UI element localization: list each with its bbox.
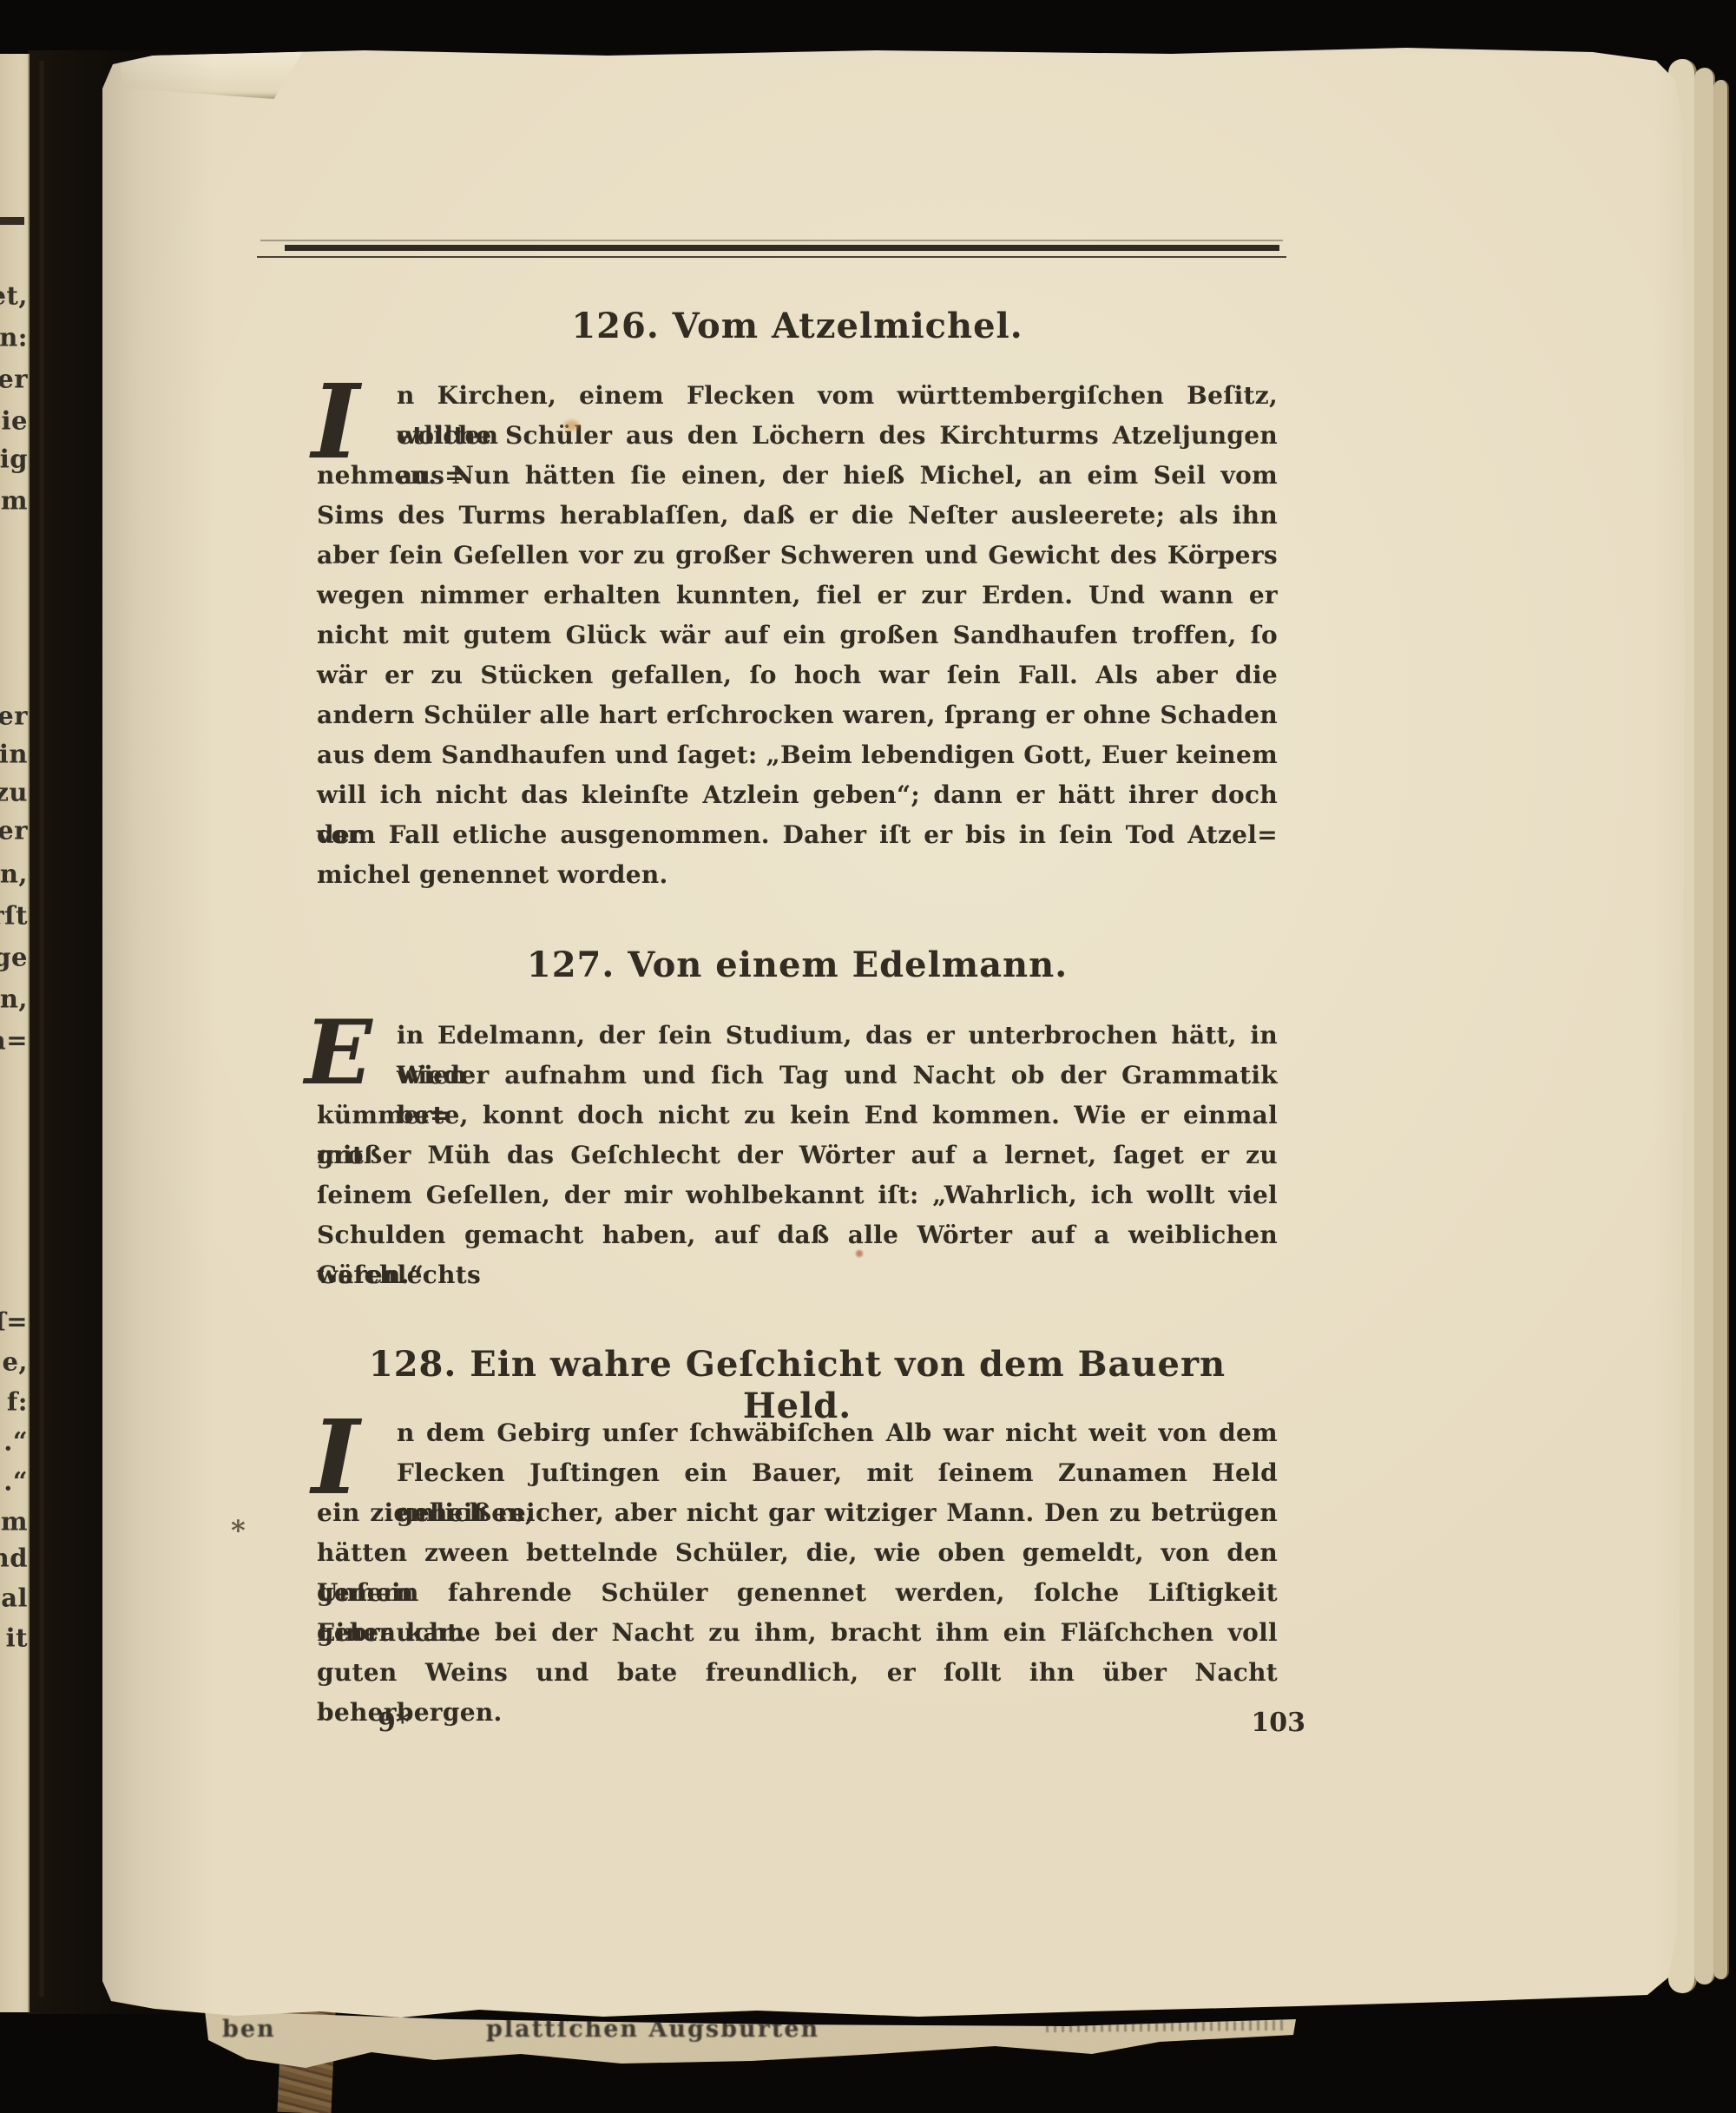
body-line: kümmerte, konnt doch nicht zu kein End k… [317, 1096, 1278, 1135]
body-line: Flecken Juſtingen ein Bauer, mit ſeinem … [397, 1453, 1278, 1493]
body-line: michel genennet worden. [317, 855, 1278, 895]
slip-fragment: plattſchen Augsburten [486, 2016, 819, 2043]
body-line: etliche Schüler aus den Löchern des Kirc… [397, 416, 1278, 456]
body-line: will ich nicht das kleinſte Atzlein gebe… [317, 775, 1278, 815]
body-line: nicht mit gutem Glück wär auf ein großen… [317, 615, 1278, 655]
body-line: nehmen. Nun hätten ſie einen, der hieß M… [317, 456, 1278, 496]
edge-fragment: er [0, 364, 28, 393]
story-heading-127: 127. Von einem Edelmann. [317, 945, 1278, 986]
edge-fragment: al [1, 1583, 28, 1612]
edge-fragment: er [0, 815, 28, 845]
body-line: aus dem Sandhaufen und ſaget: „Beim lebe… [317, 735, 1278, 775]
body-line: andern Schüler alle hart erſchrocken war… [317, 695, 1278, 735]
edge-fragment: n, [0, 984, 28, 1013]
fore-edge-page-3 [1713, 80, 1729, 1979]
head-rule-thick [285, 245, 1279, 251]
head-rule-thin-bottom [257, 256, 1286, 258]
edge-fragment: zu [0, 777, 28, 806]
facing-page-fragments: et,n:erieigmerinzuern,rſtgen,h=eſ=e,f:.“… [0, 0, 30, 2113]
edge-fragment: ge [0, 942, 28, 971]
head-rule-thin-top [260, 240, 1283, 241]
edge-fragment: eſ= [0, 1307, 28, 1336]
edge-fragment: in [0, 739, 28, 768]
slip-fragment: ben [222, 2016, 276, 2043]
edge-fragment: .“ [3, 1466, 28, 1496]
edge-fragment: h= [0, 1025, 28, 1055]
body-line: in Edelmann, der ſein Studium, das er un… [397, 1016, 1278, 1056]
edge-fragment: m [1, 485, 28, 515]
edge-fragment: n: [0, 322, 28, 352]
body-line: gemein fahrende Schüler genennet werden,… [317, 1573, 1278, 1613]
body-line: n Kirchen, einem Flecken vom württemberg… [397, 376, 1278, 416]
edge-fragment: rſt [0, 900, 28, 930]
signature-mark: 9* [378, 1703, 410, 1743]
edge-fragment: it [6, 1623, 28, 1652]
body-line: dem Fall etliche ausgenommen. Daher iſt … [317, 815, 1278, 855]
body-line: wegen nimmer erhalten kunnten, fiel er z… [317, 576, 1278, 615]
body-line: aber ſein Geſellen vor zu großer Schwere… [317, 536, 1278, 576]
slip-cut-text-texture [1046, 2020, 1285, 2032]
book-page-photo: et,n:erieigmerinzuern,rſtgen,h=eſ=e,f:.“… [0, 0, 1736, 2113]
story-paragraph-128: I n dem Gebirg unſer ſchwäbiſchen Alb wa… [317, 1413, 1278, 1693]
main-page: 126. Vom Atzelmichel. I n Kirchen, einem… [0, 0, 1736, 2113]
edge-fragment: nd [0, 1543, 28, 1572]
body-line: wär er zu Stücken gefallen, ſo hoch war … [317, 655, 1278, 695]
body-line: ſeinem Geſellen, der mir wohlbekannt iſt… [317, 1175, 1278, 1215]
edge-fragment: ig [0, 444, 28, 473]
edge-fragment: ie [2, 405, 28, 435]
margin-mark: * [231, 1514, 246, 1547]
fore-edge-page-2 [1694, 68, 1715, 1985]
story-paragraph-127: E in Edelmann, der ſein Studium, das er … [317, 1016, 1278, 1295]
gutter-crease [38, 61, 45, 1997]
edge-fragment: et, [0, 280, 28, 310]
edge-fragment: e, [2, 1346, 28, 1376]
body-line: Sims des Turms herablaſſen, daß er die N… [317, 496, 1278, 536]
body-line: guten Weins und bate freundlich, er ſoll… [317, 1653, 1278, 1693]
story-heading-126: 126. Vom Atzelmichel. [317, 306, 1278, 347]
body-line: großer Müh das Geſchlecht der Wörter auf… [317, 1135, 1278, 1175]
story-paragraph-126: I n Kirchen, einem Flecken vom württembe… [317, 376, 1278, 895]
corner-flap [117, 50, 304, 99]
body-line: Einer kame bei der Nacht zu ihm, bracht … [317, 1613, 1278, 1653]
body-line: wieder aufnahm und ſich Tag und Nacht ob… [397, 1056, 1278, 1096]
body-line: n dem Gebirg unſer ſchwäbiſchen Alb war … [397, 1413, 1278, 1453]
edge-fragment: .“ [3, 1426, 28, 1456]
edge-fragment: n, [0, 859, 28, 888]
body-line: ein ziemlich reicher, aber nicht gar wit… [317, 1493, 1278, 1533]
edge-fragment: er [0, 701, 28, 730]
body-line: Schulden gemacht haben, auf daß alle Wör… [317, 1215, 1278, 1255]
body-line: hätten zween bettelnde Schüler, die, wie… [317, 1533, 1278, 1573]
folio-number: 103 [1251, 1703, 1305, 1743]
edge-fragment: f: [7, 1386, 28, 1416]
edge-fragment: m [1, 1506, 28, 1536]
page-footer: 9* 103 [317, 1703, 1278, 1743]
